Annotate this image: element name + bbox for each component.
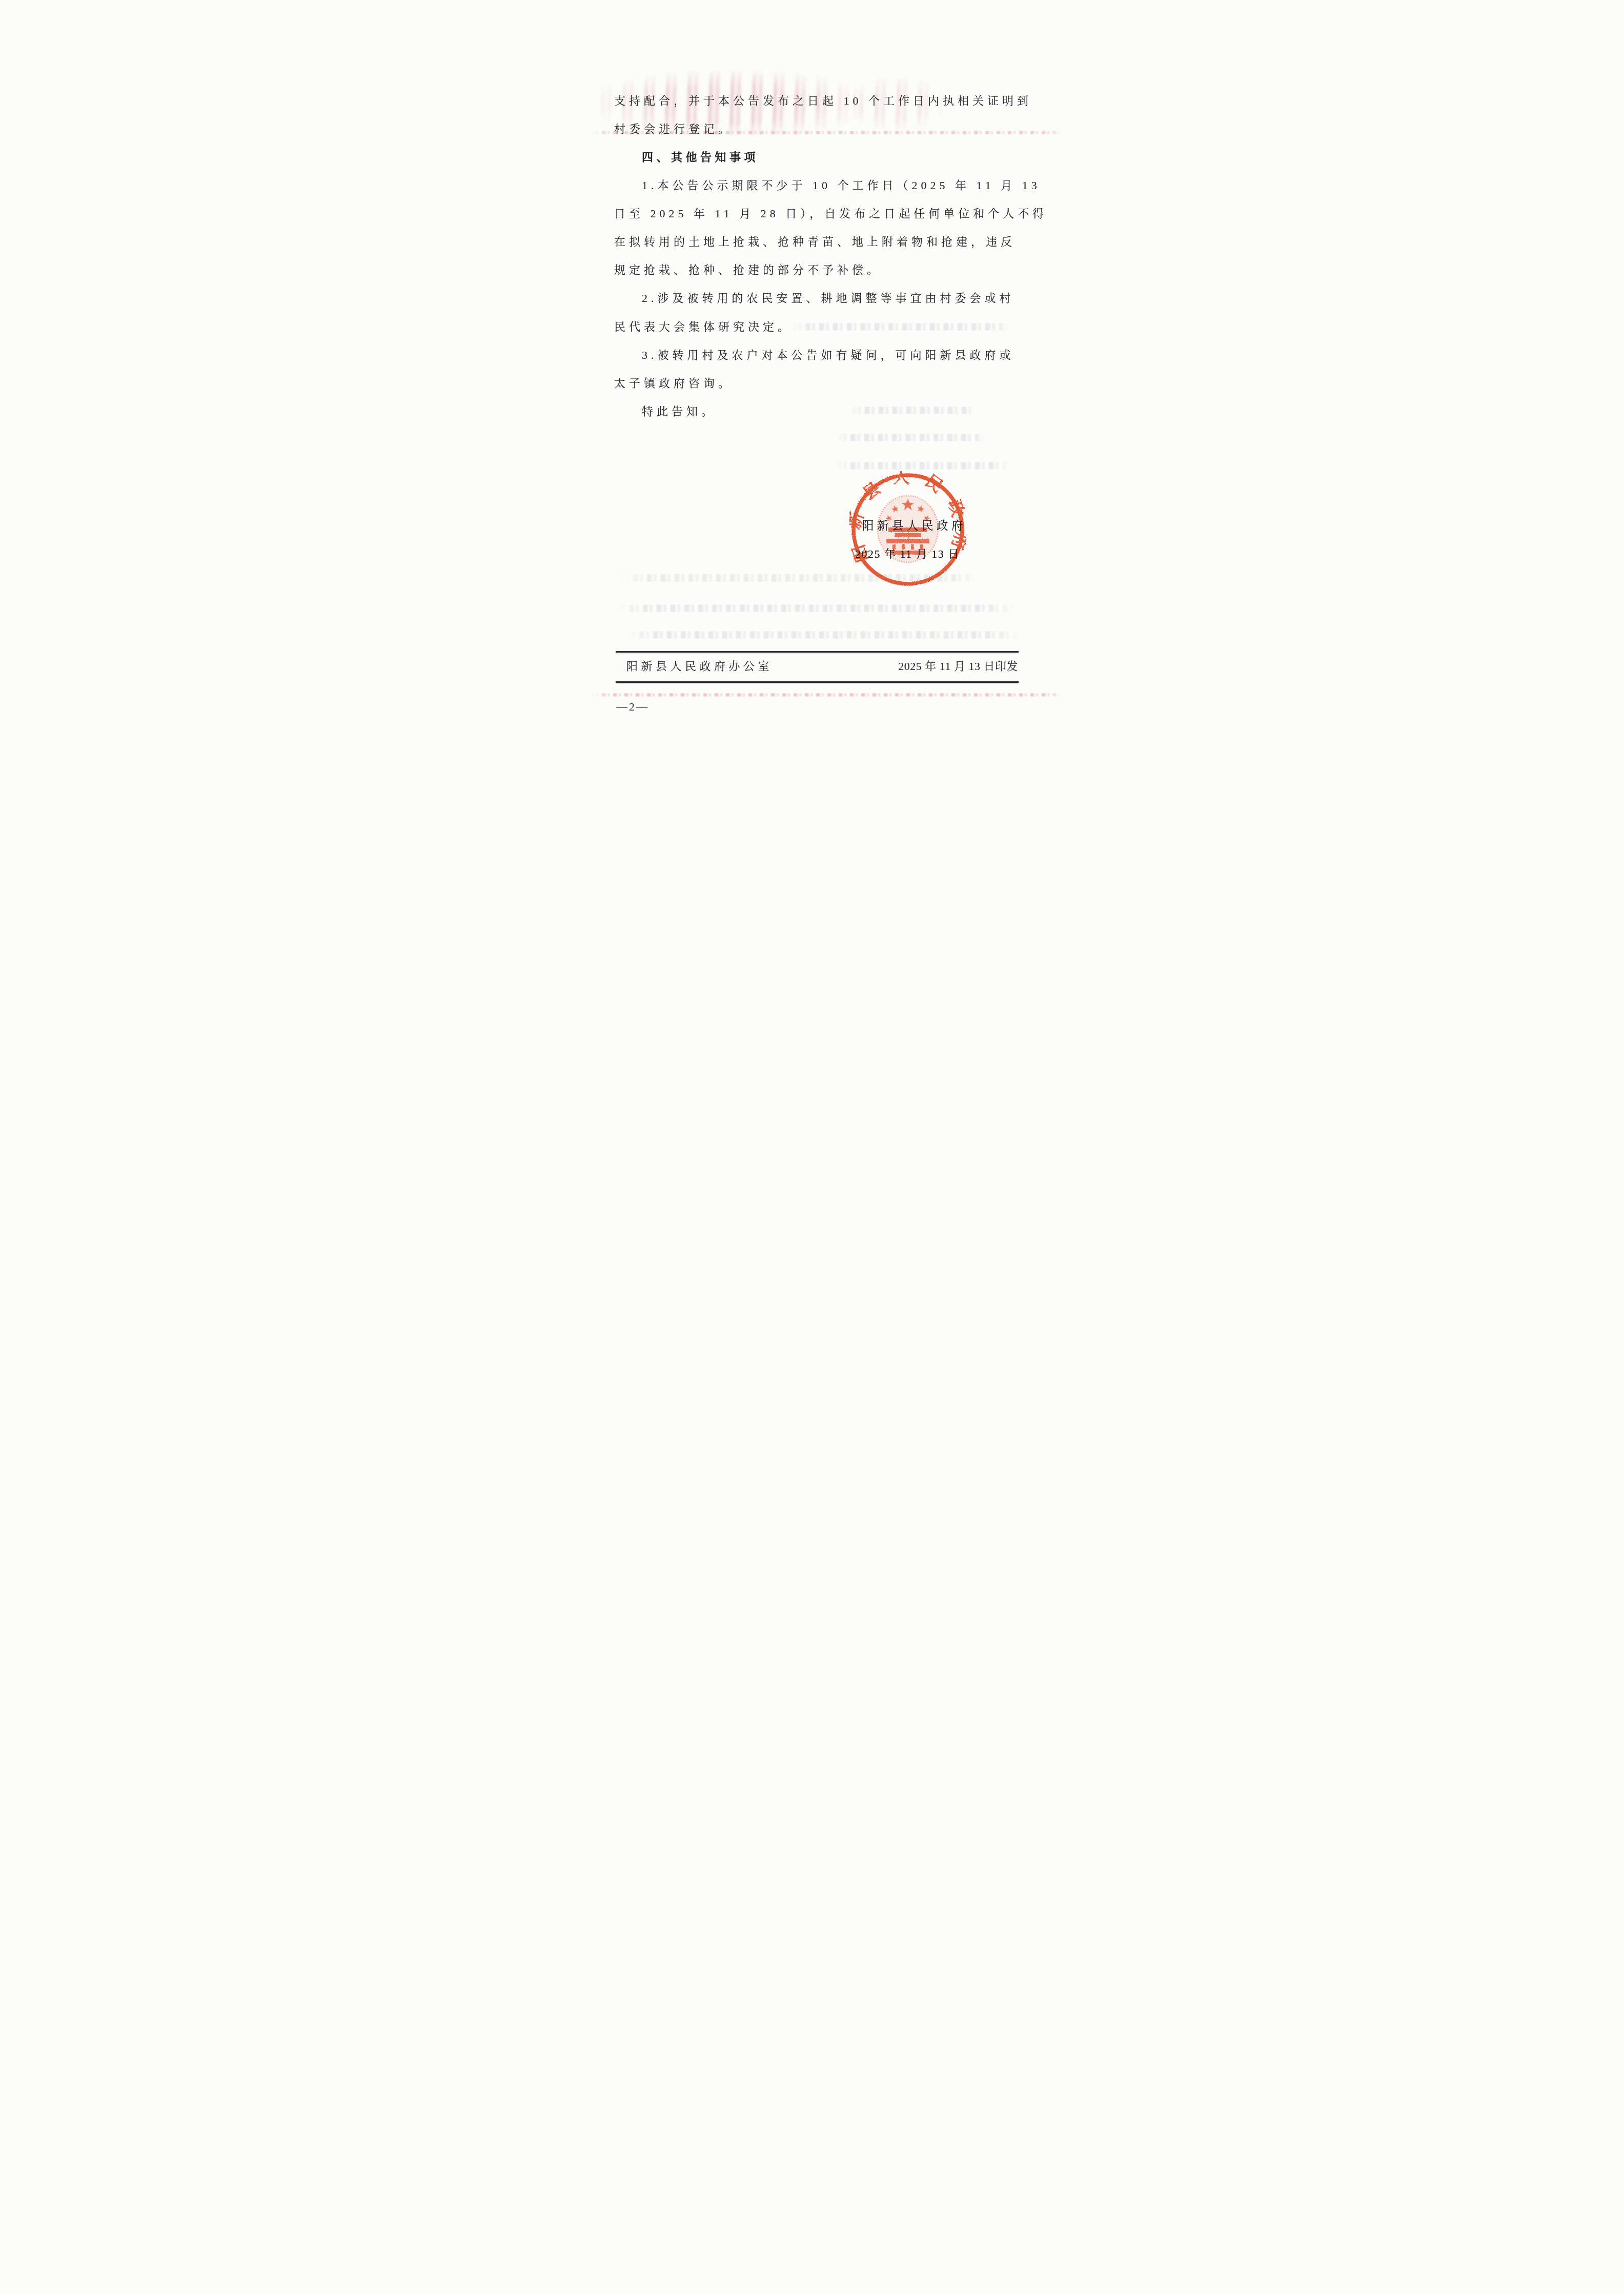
- gray-ink-bleed-row: [837, 434, 985, 441]
- body-line: 日至 2025 年 11 月 28 日），自发布之日起任何单位和个人不得: [614, 206, 1047, 221]
- body-line: 3.被转用村及农户对本公告如有疑问，可向阳新县政府或: [642, 348, 1014, 363]
- gray-ink-bleed-row: [837, 462, 1009, 470]
- gray-ink-bleed-row: [625, 631, 1022, 639]
- body-line: 村委会进行登记。: [614, 121, 733, 137]
- document-page: 支持配合，并于本公告发布之日起 10 个工作日内执相关证明到 村委会进行登记。 …: [541, 0, 1083, 765]
- body-line: 太子镇政府咨询。: [614, 376, 733, 391]
- footer-office: 阳新县人民政府办公室: [626, 658, 773, 674]
- pink-smudge-line: [591, 693, 1062, 697]
- body-line: 1.本公告公示期限不少于 10 个工作日（2025 年 11 月 13: [642, 178, 1041, 193]
- gray-ink-bleed-row: [851, 407, 977, 414]
- body-line: 特此告知。: [642, 404, 716, 419]
- gray-ink-bleed-row: [615, 604, 1017, 612]
- body-line: 民代表大会集体研究决定。: [614, 319, 793, 335]
- footer-rule-bottom: [616, 681, 1019, 683]
- body-line: 2.涉及被转用的农民安置、耕地调整等事宜由村委会或村: [642, 291, 1014, 306]
- gray-ink-bleed-row: [791, 323, 1011, 331]
- body-line: 规定抢栽、抢种、抢建的部分不予补偿。: [614, 262, 882, 278]
- signature-date: 2025 年 11 月 13 日: [855, 545, 960, 561]
- footer-issue-date: 2025 年 11 月 13 日印发: [898, 658, 1018, 674]
- body-line: 在拟转用的土地上抢栽、抢种青苗、地上附着物和抢建，违反: [614, 234, 1016, 250]
- section-heading: 四、其他告知事项: [642, 150, 759, 165]
- footer-rule-top: [616, 651, 1019, 653]
- page-number: —2—: [616, 700, 649, 714]
- body-line: 支持配合，并于本公告发布之日起 10 个工作日内执相关证明到: [614, 93, 1032, 109]
- signature-issuer: 阳新县人民政府: [862, 517, 966, 533]
